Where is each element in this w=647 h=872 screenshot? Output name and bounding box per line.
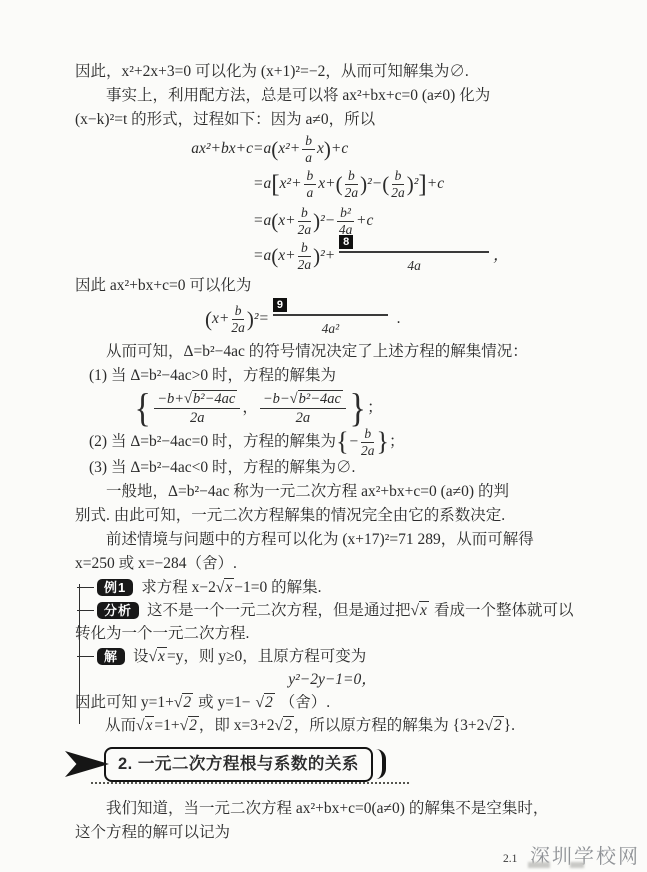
fraction-b-over-a: ba xyxy=(302,134,315,165)
fraction-b-over-2a: b2a xyxy=(298,206,312,237)
substituted-equation: y²−2y−1=0， xyxy=(75,668,590,691)
page-content: 因此，x²+2x+3=0 可以化为 (x+1)²=−2，从而可知解集为∅. 事实… xyxy=(75,60,590,845)
closing-line-2: 这个方程的解可以记为 xyxy=(75,821,590,845)
sqrt-2: √2 xyxy=(255,691,274,715)
fill-in-blank-8: 84a xyxy=(339,235,489,278)
situation-line-2: x=250 或 x=−284（舍）. xyxy=(75,552,590,576)
completing-square-derivation: ax²+bx+c =a(x²+bax)+c =a[x²+bax+(b2a)²−(… xyxy=(165,134,590,274)
general-rule-line-1: 一般地，Δ=b²−4ac 称为一元二次方程 ax²+bx+c=0 (a≠0) 的… xyxy=(75,480,590,504)
sqrt-x: √x xyxy=(149,645,167,669)
intro-line-2: 事实上，利用配方法，总是可以将 ax²+bx+c=0 (a≠0) 化为 xyxy=(75,84,590,108)
solution-set-formula: { −b+√b²−4ac 2a ， −b−√b²−4ac 2a } ； xyxy=(75,388,590,428)
root-fraction-minus: −b−√b²−4ac 2a xyxy=(260,391,346,426)
fill-in-blank-9: 94a² xyxy=(273,298,388,341)
fraction-b-over-2a: b2a xyxy=(361,427,375,458)
case-3-negative: (3) 当 Δ=b²−4ac<0 时，方程的解集为∅. xyxy=(75,456,590,480)
roots-row: 因此可知 y=1+√2或 y=1−√2（舍）. xyxy=(75,691,590,714)
intro-line-1: 因此，x²+2x+3=0 可以化为 (x+1)²=−2，从而可知解集为∅. xyxy=(75,60,590,84)
situation-line-1: 前述情境与问题中的方程可以化为 (x+17)²=71 289，从而可解得 xyxy=(75,528,590,552)
fraction-b-over-2a: b2a xyxy=(298,241,312,272)
final-answer-row: 从而√x=1+√2，即 x=3+2√2，所以原方程的解集为 {3+2√2}. xyxy=(75,714,590,737)
fraction-b-over-2a: b2a xyxy=(231,304,245,335)
blank-marker-9: 9 xyxy=(273,298,287,312)
analysis-badge: 分析 xyxy=(97,602,139,619)
sqrt-2: √2 xyxy=(180,714,199,738)
connector-line xyxy=(77,656,94,657)
case-2-zero: (2) 当 Δ=b²−4ac=0 时，方程的解集为 { − b2a } ； xyxy=(75,428,590,456)
solution-row: 解 设√x=y，则 y≥0，且原方程可变为 xyxy=(97,645,590,668)
derivation-step-1: ax²+bx+c =a(x²+bax)+c xyxy=(165,134,590,164)
intro-line-3: (x−k)²=t 的形式，过程如下：因为 a≠0，所以 xyxy=(75,108,590,132)
case-1-positive: (1) 当 Δ=b²−4ac>0 时，方程的解集为 xyxy=(75,364,590,388)
sqrt-2: √2 xyxy=(275,714,294,738)
example-1-block: 例1 求方程 x−2√x−1=0 的解集. 分析 这不是一个一元二次方程，但是通… xyxy=(75,576,590,737)
sqrt-x: √x xyxy=(216,576,234,600)
sqrt-discriminant: √b²−4ac xyxy=(290,390,343,407)
connector-line xyxy=(77,610,94,611)
fraction-b2-over-4a: b²4a xyxy=(337,206,354,237)
equation-with-blank-9: (x+b2a)²=94a². xyxy=(75,298,590,340)
scan-smudge xyxy=(570,862,584,868)
solution-badge: 解 xyxy=(97,648,125,665)
derivation-step-2: =a[x²+bax+(b2a)²−(b2a)²]+c xyxy=(165,164,590,204)
dotted-underline xyxy=(91,782,409,784)
section-heading: 2. 一元二次方程根与系数的关系 xyxy=(65,743,590,785)
example-question-row: 例1 求方程 x−2√x−1=0 的解集. xyxy=(97,576,590,599)
blank-marker-8: 8 xyxy=(339,235,353,249)
connector-line xyxy=(77,587,94,588)
sqrt-2: √2 xyxy=(484,714,503,738)
page-footer-section-number: 2.1 xyxy=(503,853,517,865)
section-title: 2. 一元二次方程根与系数的关系 xyxy=(104,747,373,782)
root-fraction-plus: −b+√b²−4ac 2a xyxy=(154,391,240,426)
fraction-b-over-2a: b2a xyxy=(391,169,405,200)
sqrt-x: √x xyxy=(136,714,154,738)
sqrt-discriminant: √b²−4ac xyxy=(184,390,237,407)
derivation-conclusion: 因此 ax²+bx+c=0 可以化为 xyxy=(75,274,590,298)
analysis-row: 分析 这不是一个一元二次方程，但是通过把√x看成一个整体就可以 xyxy=(97,599,590,622)
general-rule-line-2: 别式. 由此可知，一元二次方程解集的情况完全由它的系数决定. xyxy=(75,504,590,528)
closing-line-1: 我们知道，当一元二次方程 ax²+bx+c=0(a≠0) 的解集不是空集时， xyxy=(75,797,590,821)
fraction-b-over-2a: b2a xyxy=(345,169,359,200)
sqrt-x: √x xyxy=(411,599,429,623)
example-badge: 例1 xyxy=(97,579,133,596)
scan-smudge xyxy=(528,862,550,868)
bracket-tail-shape xyxy=(376,749,386,779)
sqrt-2: √2 xyxy=(174,691,193,715)
derivation-step-3: =a(x+b2a)²−b²4a+c xyxy=(165,204,590,238)
analysis-continuation: 转化为一个一元二次方程. xyxy=(75,622,590,645)
derivation-step-4: =a(x+b2a)²+84a， xyxy=(165,238,590,274)
discriminant-intro: 从而可知，Δ=b²−4ac 的符号情况决定了上述方程的解集情况： xyxy=(75,340,590,364)
derivation-lhs: ax²+bx+c xyxy=(165,137,253,161)
arrow-icon xyxy=(65,751,109,778)
textbook-page: 因此，x²+2x+3=0 可以化为 (x+1)²=−2，从而可知解集为∅. 事实… xyxy=(0,0,647,872)
fraction-b-over-a: ba xyxy=(304,169,317,200)
